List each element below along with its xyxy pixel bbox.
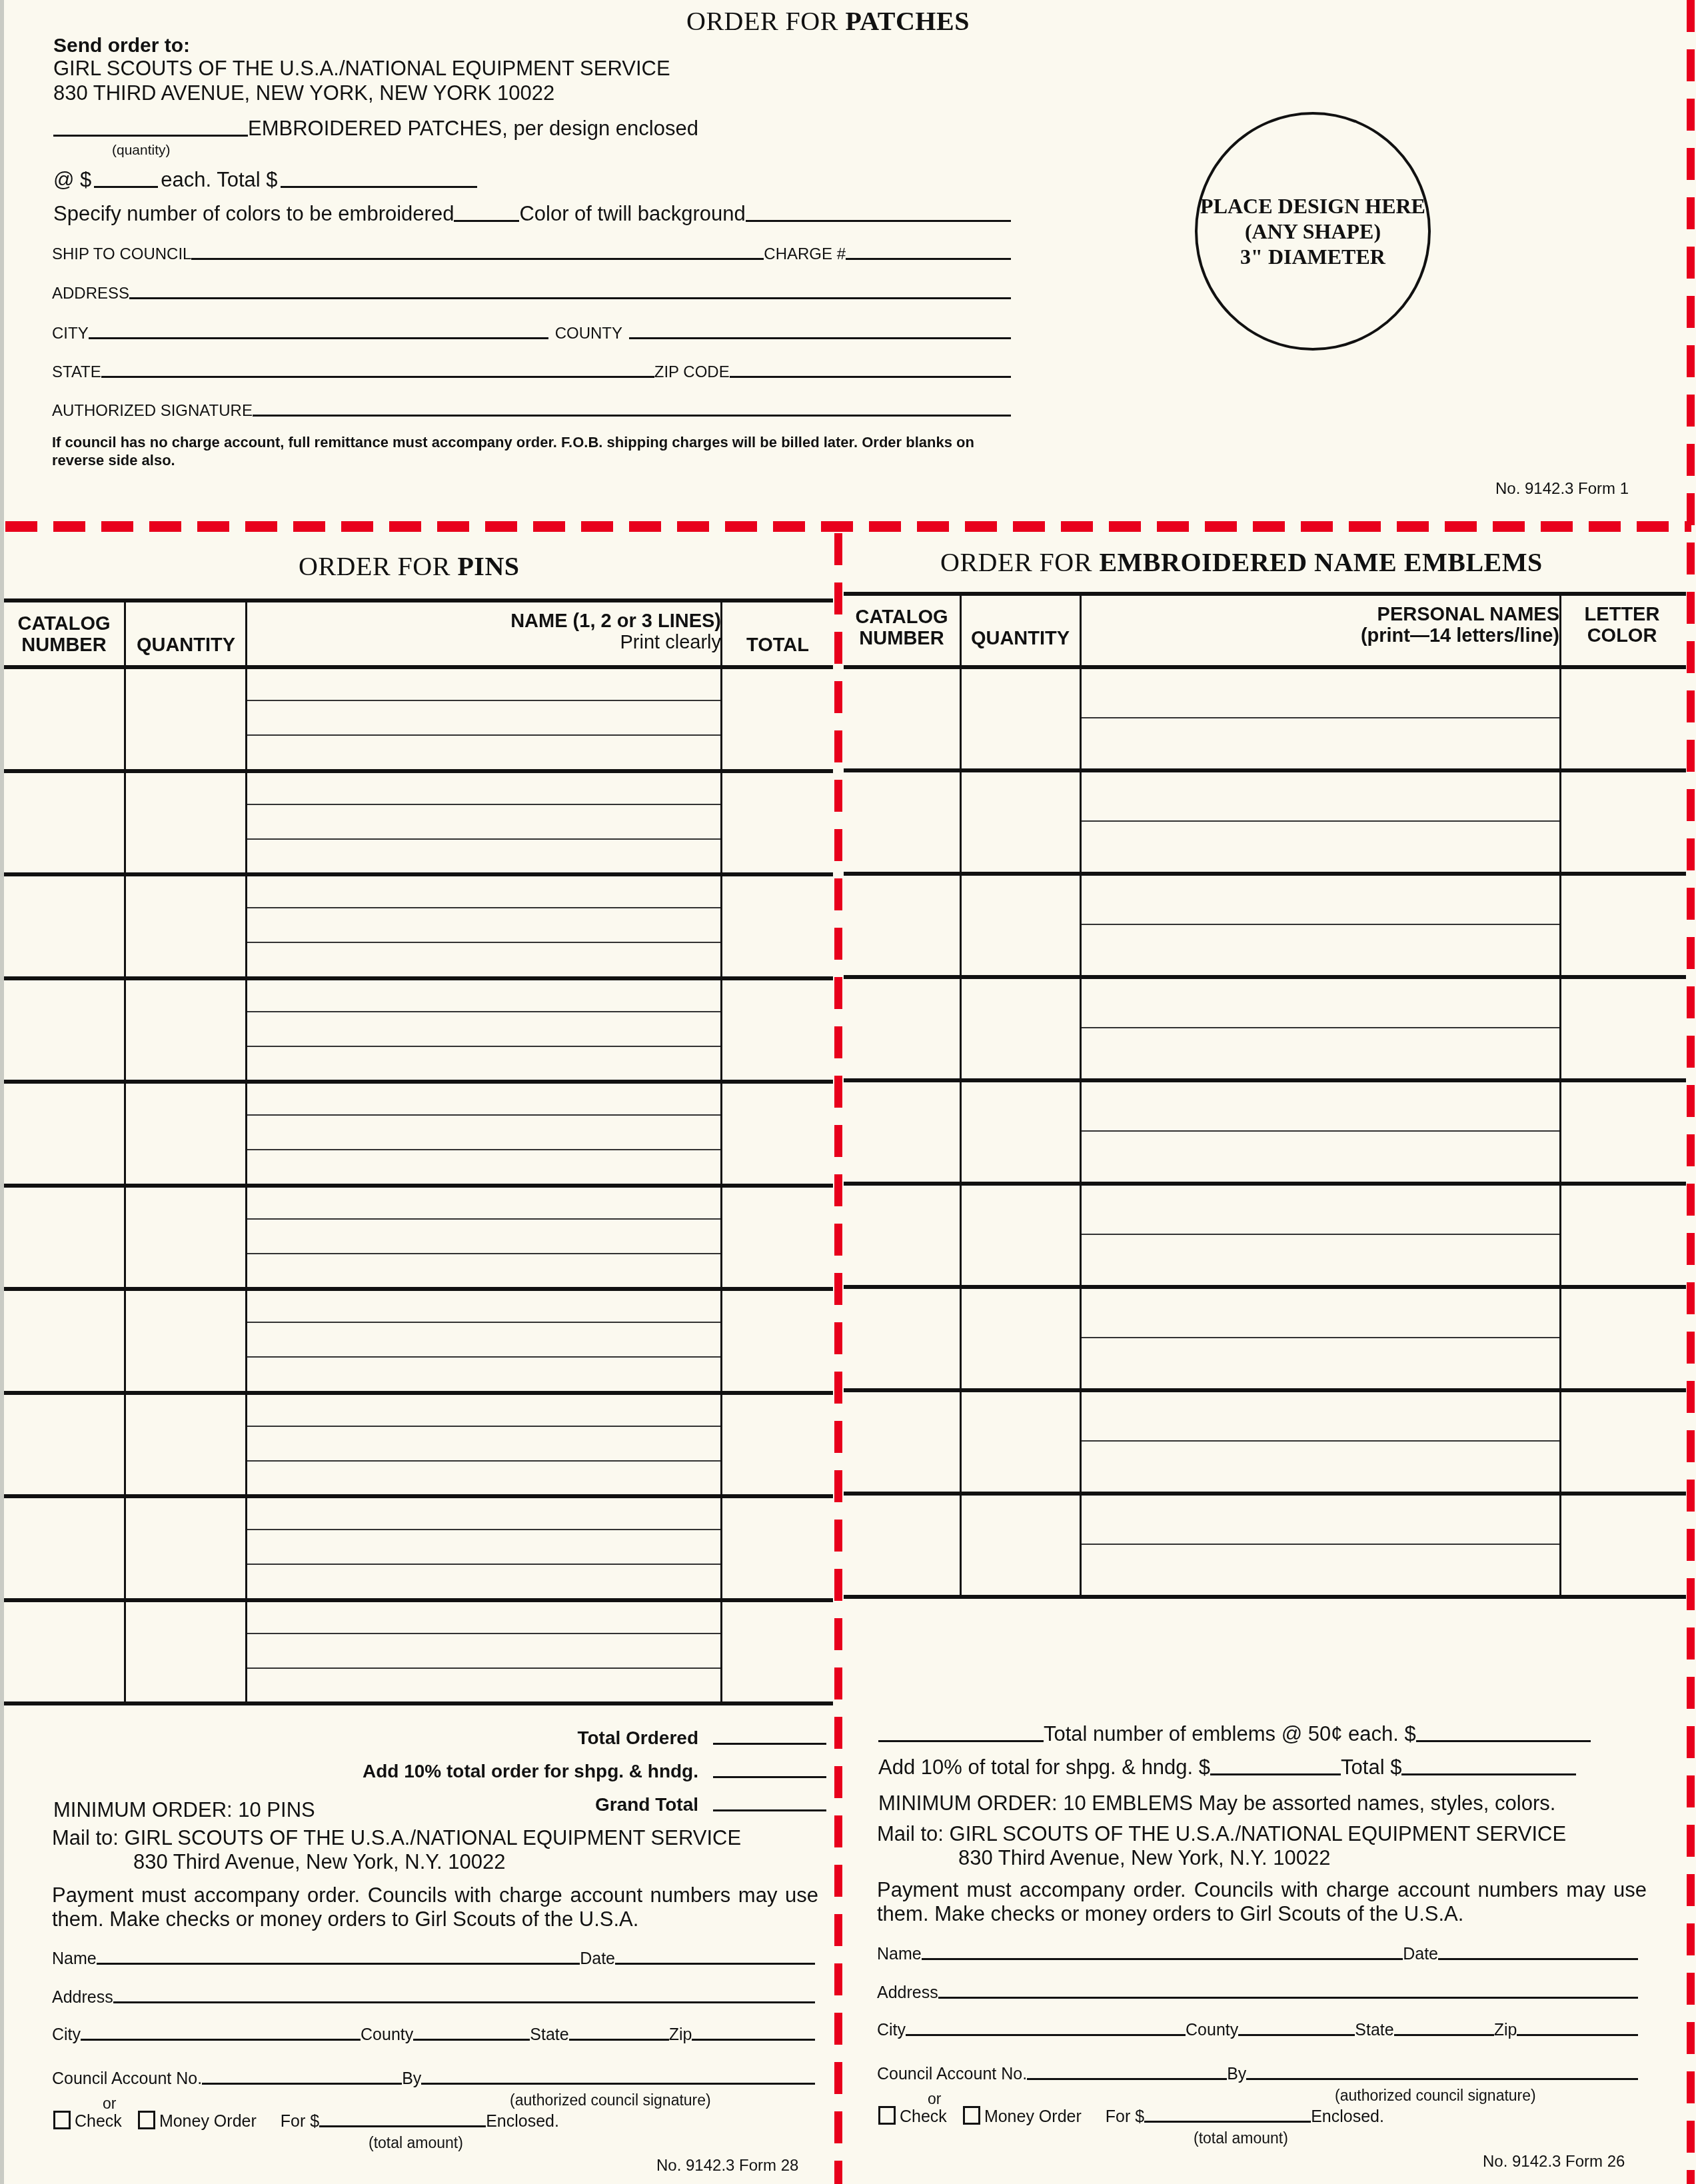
pins-name-row: Name Date xyxy=(52,1949,815,1969)
header-bottom-rule xyxy=(4,665,833,669)
pins-title: ORDER FOR PINS xyxy=(299,550,520,582)
total-emblems-row: Total number of emblems @ 50¢ each. $ xyxy=(878,1722,1591,1746)
patches-unit-price-field[interactable] xyxy=(94,186,158,188)
emblems-table: CATALOG NUMBER QUANTITY PERSONAL NAMES (… xyxy=(844,592,1686,1701)
patches-address-row: ADDRESS xyxy=(52,285,1011,303)
row-rule xyxy=(4,1391,833,1395)
patches-remittance-note: If council has no charge account, full r… xyxy=(52,433,1012,469)
pins-amount-field[interactable] xyxy=(319,2125,486,2127)
column-divider xyxy=(245,598,247,1701)
patches-city-row: CITY COUNTY xyxy=(52,325,1011,343)
emblems-zip-field[interactable] xyxy=(1517,2034,1638,2036)
pins-council-signature-field[interactable] xyxy=(421,2083,815,2085)
pins-payment-method-row: Check Money Order For $ Enclosed. xyxy=(53,2111,559,2131)
patches-state-field[interactable] xyxy=(101,376,654,378)
name-line-field[interactable] xyxy=(1081,924,1559,925)
row-rule xyxy=(4,1598,833,1602)
name-line-field[interactable] xyxy=(247,804,720,805)
emblems-date-field[interactable] xyxy=(1438,1958,1638,1960)
patches-quantity-row: EMBROIDERED PATCHES, per design enclosed xyxy=(53,117,698,141)
perforation-vertical-right xyxy=(1687,0,1695,2184)
emblems-council-signature-field[interactable] xyxy=(1246,2078,1638,2080)
name-line-field[interactable] xyxy=(247,1460,720,1462)
row-rule xyxy=(4,1701,833,1705)
emblems-name-field[interactable] xyxy=(922,1958,1403,1960)
name-line-field[interactable] xyxy=(247,1529,720,1530)
patches-price-row: @ $ each. Total $ xyxy=(53,168,477,192)
table-row[interactable] xyxy=(4,769,833,873)
pins-col-total: TOTAL xyxy=(722,608,833,656)
pins-shipping-field[interactable] xyxy=(713,1776,826,1778)
emblems-city-row: City County State Zip xyxy=(877,2021,1638,2040)
emblems-county-field[interactable] xyxy=(1238,2034,1355,2036)
name-line-field[interactable] xyxy=(1081,1440,1559,1442)
emblems-payment-method-row: Check Money Order For $ Enclosed. xyxy=(878,2106,1384,2127)
name-line-field[interactable] xyxy=(247,1667,720,1669)
row-rule xyxy=(4,976,833,980)
colors-count-field[interactable] xyxy=(454,220,519,222)
row-rule xyxy=(4,1287,833,1291)
pins-col-catalog: CATALOG NUMBER xyxy=(4,608,124,656)
total-ordered-field[interactable] xyxy=(713,1743,826,1745)
emblems-col-names: PERSONAL NAMES (print—14 letters/line) xyxy=(1081,601,1559,649)
pins-council-row: Council Account No. By xyxy=(52,2069,815,2089)
row-rule xyxy=(844,1388,1686,1392)
table-row[interactable] xyxy=(4,665,833,769)
name-line-field[interactable] xyxy=(247,1356,720,1358)
emblems-col-letter-color: LETTER COLOR xyxy=(1561,592,1683,646)
name-line-field[interactable] xyxy=(247,1253,720,1254)
table-row[interactable] xyxy=(4,1287,833,1391)
name-line-field[interactable] xyxy=(247,1011,720,1012)
total-ordered-row: Total Ordered xyxy=(577,1727,826,1749)
emblems-total-amount-caption: (total amount) xyxy=(1194,2129,1288,2147)
column-divider xyxy=(960,592,962,1595)
name-line-field[interactable] xyxy=(247,907,720,908)
pins-city-row: City County State Zip xyxy=(52,2025,815,2045)
grand-total-row: Grand Total xyxy=(595,1794,826,1815)
charge-number-field[interactable] xyxy=(846,258,1011,260)
table-row[interactable] xyxy=(4,1391,833,1495)
authorized-signature-field[interactable] xyxy=(253,415,1011,417)
emblems-auth-caption: (authorized council signature) xyxy=(1335,2087,1536,2105)
name-line-field[interactable] xyxy=(1081,1337,1559,1338)
column-divider xyxy=(1559,592,1561,1595)
table-row[interactable] xyxy=(4,1494,833,1598)
patches-colors-row: Specify number of colors to be embroider… xyxy=(53,202,1011,226)
pins-zip-field[interactable] xyxy=(692,2039,815,2041)
name-line-field[interactable] xyxy=(1081,1027,1559,1028)
pins-state-field[interactable] xyxy=(569,2039,669,2041)
send-order-label: Send order to: xyxy=(53,35,190,57)
patches-state-row: STATE ZIP CODE xyxy=(52,363,1011,382)
pins-address-field[interactable] xyxy=(113,2001,815,2003)
pins-shipping-row: Add 10% total order for shpg. & hndg. xyxy=(363,1761,826,1782)
column-divider xyxy=(1080,592,1082,1595)
checkbox-icon[interactable] xyxy=(963,2106,980,2125)
pins-name-field[interactable] xyxy=(97,1963,580,1965)
column-divider xyxy=(124,598,126,1701)
emblems-minimum-order: MINIMUM ORDER: 10 EMBLEMS May be assorte… xyxy=(878,1791,1555,1815)
name-line-field[interactable] xyxy=(247,942,720,943)
pins-col-name: NAME (1, 2 or 3 LINES) Print clearly xyxy=(247,608,721,656)
emblems-total-field[interactable] xyxy=(1401,1773,1576,1775)
row-rule xyxy=(4,1184,833,1188)
perforation-vertical-center xyxy=(834,533,842,2184)
pins-header-top-rule xyxy=(4,598,833,602)
emblems-amount-field[interactable] xyxy=(1144,2121,1311,2123)
table-row[interactable] xyxy=(4,1080,833,1184)
send-order-address: GIRL SCOUTS OF THE U.S.A./NATIONAL EQUIP… xyxy=(53,56,670,105)
pins-check-option[interactable]: Check xyxy=(53,2111,122,2131)
row-rule xyxy=(4,1080,833,1084)
emblems-council-row: Council Account No. By xyxy=(877,2065,1638,2084)
name-line-field[interactable] xyxy=(247,1218,720,1220)
ship-to-council-field[interactable] xyxy=(191,258,764,260)
patches-address-field[interactable] xyxy=(129,297,1011,299)
row-rule xyxy=(4,1494,833,1498)
name-line-field[interactable] xyxy=(247,1564,720,1565)
pins-col-quantity: QUANTITY xyxy=(127,608,245,656)
patches-city-field[interactable] xyxy=(89,337,548,339)
twill-color-field[interactable] xyxy=(746,220,1011,222)
design-placement-circle[interactable]: PLACE DESIGN HERE (ANY SHAPE) 3" DIAMETE… xyxy=(1195,112,1431,351)
total-emblems-amount-field[interactable] xyxy=(1416,1740,1591,1742)
row-rule xyxy=(844,872,1686,876)
grand-total-field[interactable] xyxy=(713,1809,826,1811)
name-line-field[interactable] xyxy=(247,1114,720,1116)
pins-form-number: No. 9142.3 Form 28 xyxy=(656,2157,798,2175)
pins-auth-caption: (authorized council signature) xyxy=(510,2091,711,2109)
emblems-state-field[interactable] xyxy=(1394,2034,1494,2036)
name-line-field[interactable] xyxy=(247,1046,720,1047)
row-rule xyxy=(844,1182,1686,1186)
pins-total-amount-caption: (total amount) xyxy=(369,2134,463,2152)
emblems-council-account-field[interactable] xyxy=(1027,2078,1227,2080)
checkbox-icon[interactable] xyxy=(53,2111,71,2129)
emblems-address-row: Address xyxy=(877,1983,1638,2003)
ship-to-row: SHIP TO COUNCIL CHARGE # xyxy=(52,245,1011,264)
checkbox-icon[interactable] xyxy=(138,2111,155,2129)
name-line-field[interactable] xyxy=(247,1426,720,1427)
name-line-field[interactable] xyxy=(247,700,720,701)
name-line-field[interactable] xyxy=(247,1149,720,1150)
pins-council-account-field[interactable] xyxy=(202,2083,402,2085)
emblems-shipping-row: Add 10% of total for shpg. & hndg. $ Tot… xyxy=(878,1755,1576,1779)
pins-date-field[interactable] xyxy=(615,1963,815,1965)
pins-or-label: or xyxy=(103,2095,116,2113)
emblems-address-field[interactable] xyxy=(938,1997,1638,1999)
row-rule xyxy=(844,1078,1686,1082)
emblems-form-number: No. 9142.3 Form 26 xyxy=(1483,2153,1625,2171)
name-line-field[interactable] xyxy=(1081,717,1559,718)
pins-county-field[interactable] xyxy=(413,2039,530,2041)
patches-quantity-field[interactable] xyxy=(53,135,248,137)
row-rule xyxy=(4,769,833,773)
pins-table: CATALOG NUMBER QUANTITY NAME (1, 2 or 3 … xyxy=(4,598,833,1705)
emblems-money-order-option[interactable]: Money Order xyxy=(963,2106,1082,2127)
emblems-title: ORDER FOR EMBROIDERED NAME EMBLEMS xyxy=(940,546,1543,578)
name-line-field[interactable] xyxy=(247,838,720,840)
table-row[interactable] xyxy=(4,872,833,976)
table-row[interactable] xyxy=(4,976,833,1080)
emblems-city-field[interactable] xyxy=(906,2034,1186,2036)
name-line-field[interactable] xyxy=(1081,820,1559,822)
quantity-caption: (quantity) xyxy=(112,143,171,159)
patches-title: ORDER FOR PATCHES xyxy=(686,5,970,37)
name-line-field[interactable] xyxy=(247,1633,720,1634)
patches-county-field[interactable] xyxy=(629,337,1011,339)
name-line-field[interactable] xyxy=(1081,1544,1559,1545)
row-rule xyxy=(844,975,1686,979)
emblems-payment-note: Payment must accompany order. Councils w… xyxy=(877,1878,1647,1926)
row-rule xyxy=(844,1595,1686,1599)
emblems-name-row: Name Date xyxy=(877,1945,1638,1964)
emblems-col-quantity: QUANTITY xyxy=(961,601,1080,649)
emblems-check-option[interactable]: Check xyxy=(878,2106,947,2127)
emblems-mail-to: Mail to: GIRL SCOUTS OF THE U.S.A./NATIO… xyxy=(877,1822,1566,1870)
pins-city-field[interactable] xyxy=(81,2039,361,2041)
emblems-shipping-field[interactable] xyxy=(1210,1773,1341,1775)
patches-zip-field[interactable] xyxy=(730,376,1011,378)
patches-signature-row: AUTHORIZED SIGNATURE xyxy=(52,402,1011,421)
emblems-col-catalog: CATALOG NUMBER xyxy=(844,601,960,649)
emblems-or-label: or xyxy=(928,2090,941,2108)
pins-minimum-order: MINIMUM ORDER: 10 PINS xyxy=(53,1798,315,1822)
pins-address-row: Address xyxy=(52,1988,815,2007)
row-rule xyxy=(844,1285,1686,1289)
pins-payment-note: Payment must accompany order. Councils w… xyxy=(52,1883,818,1931)
name-line-field[interactable] xyxy=(1081,1234,1559,1235)
row-rule xyxy=(4,872,833,876)
total-emblems-count-field[interactable] xyxy=(878,1740,1044,1742)
name-line-field[interactable] xyxy=(247,734,720,736)
name-line-field[interactable] xyxy=(247,1322,720,1323)
perforation-horizontal xyxy=(5,521,1691,532)
row-rule xyxy=(844,768,1686,772)
column-divider xyxy=(720,598,722,1701)
patches-form-number: No. 9142.3 Form 1 xyxy=(1495,480,1629,499)
checkbox-icon[interactable] xyxy=(878,2106,896,2125)
table-row[interactable] xyxy=(4,1184,833,1288)
name-line-field[interactable] xyxy=(1081,1130,1559,1132)
row-rule xyxy=(844,1492,1686,1496)
table-row[interactable] xyxy=(4,1598,833,1702)
pins-mail-to: Mail to: GIRL SCOUTS OF THE U.S.A./NATIO… xyxy=(52,1826,741,1874)
patches-total-field[interactable] xyxy=(281,186,477,188)
pins-money-order-option[interactable]: Money Order xyxy=(138,2111,257,2131)
